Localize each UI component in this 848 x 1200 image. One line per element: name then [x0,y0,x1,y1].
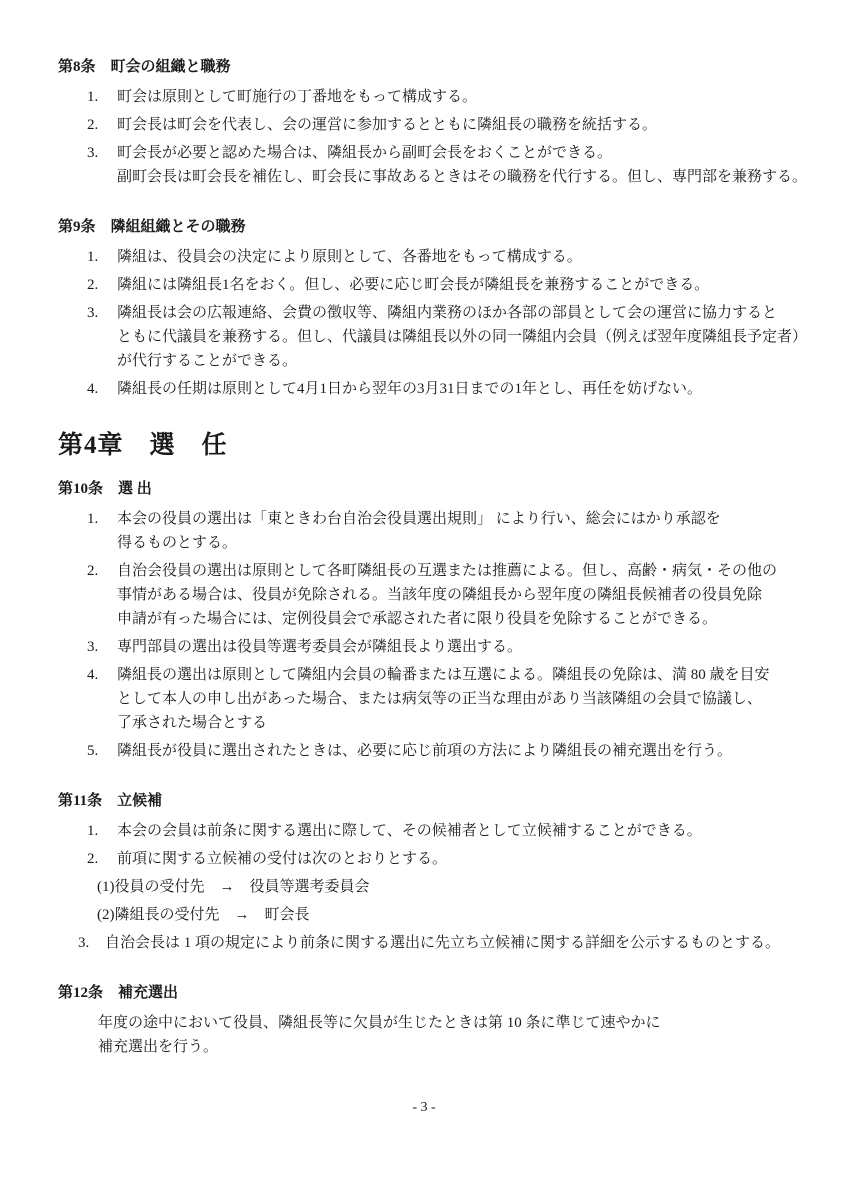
item-line: 隣組長が役員に選出されたときは、必要に応じ前項の方法により隣組長の補充選出を行う… [117,739,732,763]
page-number: - 3 - [0,1096,848,1120]
article-8-section: 第8条 町会の組織と職務 1. 町会は原則として町施行の丁番地をもって構成する。… [58,55,798,189]
list-item: 3. 町会長が必要と認めた場合は、隣組長から副町会長をおくことができる。 副町会… [87,141,798,189]
item-line: 本会の役員の選出は「東ときわ台自治会役員選出規則」 により行い、総会にはかり承認… [117,507,721,531]
list-item: 1. 町会は原則として町施行の丁番地をもって構成する。 [87,85,798,109]
list-item: 2. 自治会役員の選出は原則として各町隣組長の互選または推薦による。但し、高齢・… [87,559,798,631]
item-line: 申請が有った場合には、定例役員会で承認された者に限り役員を免除することができる。 [117,607,777,631]
item-number: 2. [87,559,117,631]
item-number: 2. [87,847,117,871]
item-line: 隣組長の選出は原則として隣組内会員の輪番または互選による。隣組長の免除は、満 8… [117,663,770,687]
article-11-section: 第11条 立候補 1. 本会の会員は前条に関する選出に際して、その候補者として立… [58,789,798,955]
item-line: 自治会役員の選出は原則として各町隣組長の互選または推薦による。但し、高齢・病気・… [117,559,777,583]
list-item: 3. 隣組長は会の広報連絡、会費の徴収等、隣組内業務のほか各部の部員として会の運… [87,301,798,373]
item-text: 隣組は、役員会の決定により原則として、各番地をもって構成する。 [117,245,582,269]
article-12-body: 年度の途中において役員、隣組長等に欠員が生じたときは第 10 条に準じて速やかに… [98,1011,798,1059]
item-number: 1. [87,85,117,109]
item-text: 町会長が必要と認めた場合は、隣組長から副町会長をおくことができる。 副町会長は町… [117,141,798,189]
item-text: 前項に関する立候補の受付は次のとおりとする。 [117,847,447,871]
item-text: 町会は原則として町施行の丁番地をもって構成する。 [117,85,477,109]
item-text: 町会長は町会を代表し、会の運営に参加するとともに隣組長の職務を統括する。 [117,113,657,137]
list-item: 5. 隣組長が役員に選出されたときは、必要に応じ前項の方法により隣組長の補充選出… [87,739,798,763]
item-number: 1. [87,819,117,843]
item-text: 隣組長の任期は原則として4月1日から翌年の3月31日までの1年とし、再任を妨げな… [117,377,702,401]
item-line: 隣組長は会の広報連絡、会費の徴収等、隣組内業務のほか各部の部員として会の運営に協… [117,301,798,325]
item-number: 2. [87,273,117,297]
list-item: 1. 隣組は、役員会の決定により原則として、各番地をもって構成する。 [87,245,798,269]
item-text: 隣組長が役員に選出されたときは、必要に応じ前項の方法により隣組長の補充選出を行う… [117,739,732,763]
item-line: 得るものとする。 [117,531,721,555]
item-text: 本会の会員は前条に関する選出に際して、その候補者として立候補することができる。 [117,819,702,843]
sub-item-line: (1)役員の受付先 → 役員等選考委員会 [97,875,798,899]
item-number: 1. [87,507,117,555]
item-number: 3. [87,141,117,189]
body-line: 補充選出を行う。 [98,1035,798,1059]
item-line: 了承された場合とする [117,711,770,735]
list-item: 1. 本会の会員は前条に関する選出に際して、その候補者として立候補することができ… [87,819,798,843]
item-line: 隣組長の任期は原則として4月1日から翌年の3月31日までの1年とし、再任を妨げな… [117,377,702,401]
item-text: 本会の役員の選出は「東ときわ台自治会役員選出規則」 により行い、総会にはかり承認… [117,507,721,555]
item-line: 町会は原則として町施行の丁番地をもって構成する。 [117,85,477,109]
item-number: 3. [78,931,105,955]
item-line: 本会の会員は前条に関する選出に際して、その候補者として立候補することができる。 [117,819,702,843]
list-item: 4. 隣組長の選出は原則として隣組内会員の輪番または互選による。隣組長の免除は、… [87,663,798,735]
chapter-4-heading: 第4章 選 任 [58,429,798,463]
item-line: 町会長は町会を代表し、会の運営に参加するとともに隣組長の職務を統括する。 [117,113,657,137]
sub-item-line: (2)隣組長の受付先 → 町会長 [97,903,798,927]
list-item: 2. 隣組には隣組長1名をおく。但し、必要に応じ町会長が隣組長を兼務することがで… [87,273,798,297]
item-line: 事情がある場合は、役員が免除される。当該年度の隣組長から翌年度の隣組長候補者の役… [117,583,777,607]
item-line: 自治会長は 1 項の規定により前条に関する選出に先立ち立候補に関する詳細を公示す… [105,931,780,955]
document-page: 第8条 町会の組織と職務 1. 町会は原則として町施行の丁番地をもって構成する。… [0,0,848,1200]
item-line: として本人の申し出があった場合、または病気等の正当な理由があり当該隣組の会員で協… [117,687,770,711]
article-12-heading: 第12条 補充選出 [58,981,798,1005]
list-item: 3. 自治会長は 1 項の規定により前条に関する選出に先立ち立候補に関する詳細を… [78,931,798,955]
list-item: 2. 前項に関する立候補の受付は次のとおりとする。 [87,847,798,871]
item-text: 隣組長は会の広報連絡、会費の徴収等、隣組内業務のほか各部の部員として会の運営に協… [117,301,798,373]
item-number: 1. [87,245,117,269]
list-item: 1. 本会の役員の選出は「東ときわ台自治会役員選出規則」 により行い、総会にはか… [87,507,798,555]
item-number: 5. [87,739,117,763]
item-line: 専門部員の選出は役員等選考委員会が隣組長より選出する。 [117,635,522,659]
item-line: 隣組は、役員会の決定により原則として、各番地をもって構成する。 [117,245,582,269]
item-number: 4. [87,663,117,735]
article-8-heading: 第8条 町会の組織と職務 [58,55,798,79]
item-text: 自治会長は 1 項の規定により前条に関する選出に先立ち立候補に関する詳細を公示す… [105,931,780,955]
item-number: 3. [87,301,117,373]
item-number: 3. [87,635,117,659]
item-line: が代行することができる。 [117,349,798,373]
article-9-section: 第9条 隣組組織とその職務 1. 隣組は、役員会の決定により原則として、各番地を… [58,215,798,401]
item-text: 隣組には隣組長1名をおく。但し、必要に応じ町会長が隣組長を兼務することができる。 [117,273,709,297]
body-line: 年度の途中において役員、隣組長等に欠員が生じたときは第 10 条に準じて速やかに [98,1011,798,1035]
item-line: 隣組には隣組長1名をおく。但し、必要に応じ町会長が隣組長を兼務することができる。 [117,273,709,297]
item-line: 前項に関する立候補の受付は次のとおりとする。 [117,847,447,871]
item-text: 自治会役員の選出は原則として各町隣組長の互選または推薦による。但し、高齢・病気・… [117,559,777,631]
item-number: 2. [87,113,117,137]
article-12-section: 第12条 補充選出 年度の途中において役員、隣組長等に欠員が生じたときは第 10… [58,981,798,1059]
item-line: ともに代議員を兼務する。但し、代議員は隣組長以外の同一隣組内会員（例えば翌年度隣… [117,325,798,349]
item-line: 副町会長は町会長を補佐し、町会長に事故あるときはその職務を代行する。但し、専門部… [117,165,798,189]
item-text: 専門部員の選出は役員等選考委員会が隣組長より選出する。 [117,635,522,659]
sub-item: (1)役員の受付先 → 役員等選考委員会 [97,875,798,899]
article-9-heading: 第9条 隣組組織とその職務 [58,215,798,239]
list-item: 2. 町会長は町会を代表し、会の運営に参加するとともに隣組長の職務を統括する。 [87,113,798,137]
list-item: 4. 隣組長の任期は原則として4月1日から翌年の3月31日までの1年とし、再任を… [87,377,798,401]
list-item: 3. 専門部員の選出は役員等選考委員会が隣組長より選出する。 [87,635,798,659]
item-text: 隣組長の選出は原則として隣組内会員の輪番または互選による。隣組長の免除は、満 8… [117,663,770,735]
article-10-section: 第10条 選 出 1. 本会の役員の選出は「東ときわ台自治会役員選出規則」 によ… [58,477,798,763]
article-11-heading: 第11条 立候補 [58,789,798,813]
item-number: 4. [87,377,117,401]
sub-item: (2)隣組長の受付先 → 町会長 [97,903,798,927]
item-line: 町会長が必要と認めた場合は、隣組長から副町会長をおくことができる。 [117,141,798,165]
article-10-heading: 第10条 選 出 [58,477,798,501]
